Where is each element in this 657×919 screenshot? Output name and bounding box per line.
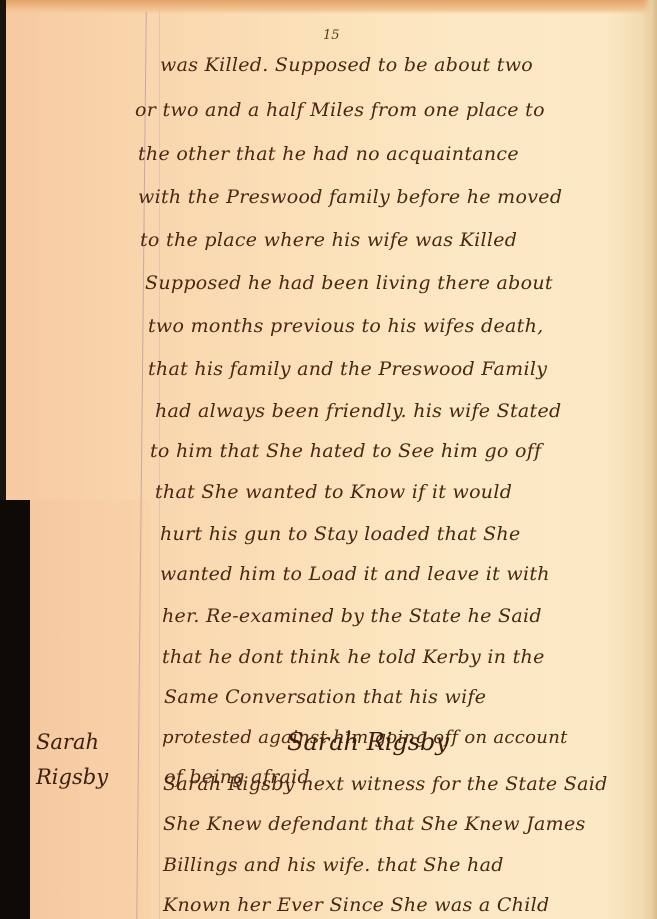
margin-note-first-name: Sarah — [36, 730, 99, 754]
text-line: She Knew defendant that She Knew James — [163, 813, 586, 835]
text-line: to him that She hated to See him go off — [150, 440, 541, 462]
text-line: hurt his gun to Stay loaded that She — [160, 523, 521, 545]
text-line: Supposed he had been living there about — [145, 272, 553, 294]
margin-note-last-name: Rigsby — [36, 765, 108, 789]
text-line: that his family and the Preswood Family — [148, 358, 547, 380]
text-line: to the place where his wife was Killed — [140, 229, 517, 251]
page-curl-edge — [643, 0, 657, 919]
text-line: or two and a half Miles from one place t… — [135, 99, 545, 121]
text-line: Same Conversation that his wife — [164, 686, 486, 708]
text-line: that he dont think he told Kerby in the — [162, 646, 545, 668]
text-line: Known her Ever Since She was a Child — [163, 894, 549, 916]
witness-signature: Sarah Rigsby — [287, 728, 449, 756]
text-line: was Killed. Supposed to be about two — [160, 54, 533, 76]
text-line: Billings and his wife. that She had — [163, 854, 504, 876]
text-line: that She wanted to Know if it would — [155, 481, 512, 503]
book-binding-shadow — [0, 500, 30, 919]
text-line: two months previous to his wifes death, — [148, 315, 543, 337]
text-line: wanted him to Load it and leave it with — [160, 563, 550, 585]
text-line: her. Re-examined by the State he Said — [162, 605, 542, 627]
text-line: the other that he had no acquaintance — [138, 143, 519, 165]
text-line: had always been friendly. his wife State… — [155, 400, 562, 422]
left-margin-column — [30, 500, 150, 919]
text-line: Sarah Rigsby next witness for the State … — [163, 773, 608, 795]
page-top-shadow — [6, 0, 657, 14]
text-line: with the Preswood family before he moved — [138, 186, 562, 208]
page-number: 15 — [323, 28, 340, 43]
